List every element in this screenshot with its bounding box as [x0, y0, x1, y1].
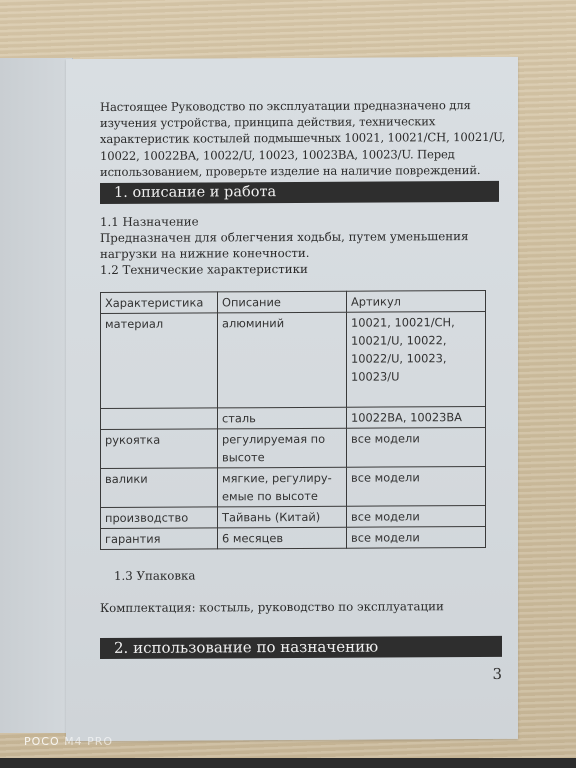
- purpose-text: Предназначен для облегчения ходьбы, путе…: [100, 228, 510, 262]
- table-cell: материал: [101, 313, 218, 409]
- table-cell: регулируемая по высоте: [218, 428, 347, 468]
- section-1-heading: 1. описание и работа: [100, 181, 499, 204]
- table-row: валики мягкие, регулиру-емые по высоте в…: [101, 467, 486, 508]
- table-header-row: Характеристика Описание Артикул: [101, 291, 486, 314]
- header-cell: Описание: [218, 291, 347, 313]
- packaging-text: Комплектация: костыль, руководство по эк…: [100, 599, 510, 615]
- table-cell: все модели: [347, 506, 486, 528]
- floor-background: [0, 758, 576, 768]
- previous-page-edge: [0, 58, 73, 733]
- packaging-heading: 1.3 Упаковка: [114, 567, 510, 583]
- table-cell: рукоятка: [101, 429, 218, 469]
- page-content: Настоящее Руководство по эксплуатации пр…: [100, 97, 510, 659]
- header-cell: Артикул: [347, 291, 486, 313]
- table-cell: алюминий: [218, 312, 347, 408]
- watermark-brand: POCO: [24, 735, 60, 748]
- intro-paragraph: Настоящее Руководство по эксплуатации пр…: [100, 97, 510, 180]
- table-cell: производство: [101, 507, 218, 529]
- camera-watermark: POCO M4 PRO: [24, 735, 113, 748]
- table-row: производство Тайвань (Китай) все модели: [101, 506, 486, 529]
- table-cell: сталь: [218, 407, 347, 429]
- table-row: рукоятка регулируемая по высоте все моде…: [101, 428, 486, 469]
- table-cell: гарантия: [101, 528, 218, 550]
- watermark-model: M4 PRO: [64, 735, 113, 748]
- section-2-heading: 2. использование по назначению: [100, 636, 502, 659]
- page-number: 3: [492, 665, 502, 683]
- table-row: гарантия 6 месяцев все модели: [101, 527, 486, 550]
- specifications-table: Характеристика Описание Артикул материал…: [100, 290, 486, 550]
- table-cell: [101, 408, 218, 430]
- table-cell: все модели: [347, 428, 486, 468]
- table-cell: 10021, 10021/CH, 10021/U, 10022, 10022/U…: [347, 312, 486, 408]
- table-cell: 6 месяцев: [218, 527, 347, 549]
- table-cell: все модели: [347, 467, 486, 507]
- table-cell: 10022BA, 10023BA: [347, 407, 486, 429]
- table-cell: валики: [101, 468, 218, 508]
- manual-page: Настоящее Руководство по эксплуатации пр…: [66, 57, 518, 741]
- table-cell: мягкие, регулиру-емые по высоте: [218, 467, 347, 507]
- table-cell: все модели: [347, 527, 486, 549]
- table-row: материал алюминий 10021, 10021/CH, 10021…: [101, 312, 486, 409]
- table-cell: Тайвань (Китай): [218, 506, 347, 528]
- specs-heading: 1.2 Технические характеристики: [100, 260, 510, 278]
- table-row: сталь 10022BA, 10023BA: [101, 407, 486, 430]
- header-cell: Характеристика: [101, 292, 218, 314]
